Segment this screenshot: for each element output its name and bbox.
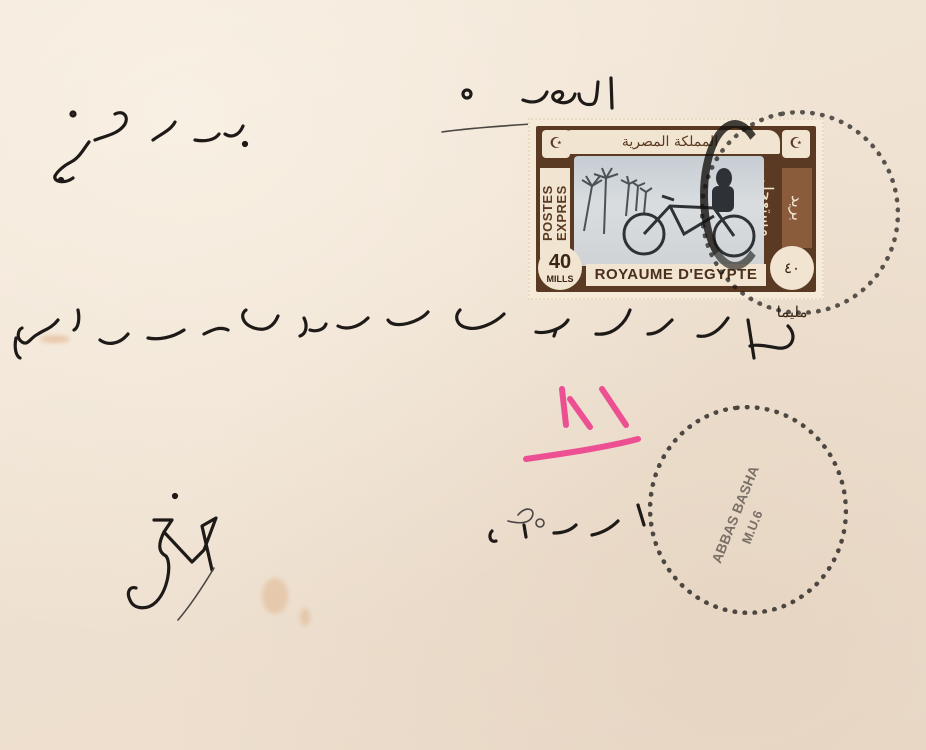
stamp-side-label-line1: POSTES [541,185,555,241]
postmark-over-stamp-inner [700,120,770,270]
postmark-receiving: ABBAS BASHA M.U.6 [638,395,859,625]
paper-stain [262,578,288,614]
handwritten-note: محلي [112,490,222,630]
stamp-side-label: POSTES EXPRES [540,168,570,258]
stamp-side-label-line2: EXPRES [555,185,569,241]
handwritten-addressee: حضرة صاحب المعالي سليمان باشا عزمي وزير … [8,300,798,370]
city-underline [440,118,535,138]
envelope: القاهره بريد مستعجل حضرة صاحب المعالي سل… [0,0,926,750]
paper-stain [300,608,310,626]
stamp-value-number: 40 [538,250,582,274]
handwritten-express-mail: بريد مستعجل [45,100,265,190]
stamp-value: 40 MILLS [538,246,582,290]
crescent-stars-icon: ☪ [542,130,570,158]
pink-pencil-number: ٨١ [518,383,648,473]
stamp-value-unit: MILLS [538,274,582,284]
handwritten-city: القاهره [455,72,625,112]
